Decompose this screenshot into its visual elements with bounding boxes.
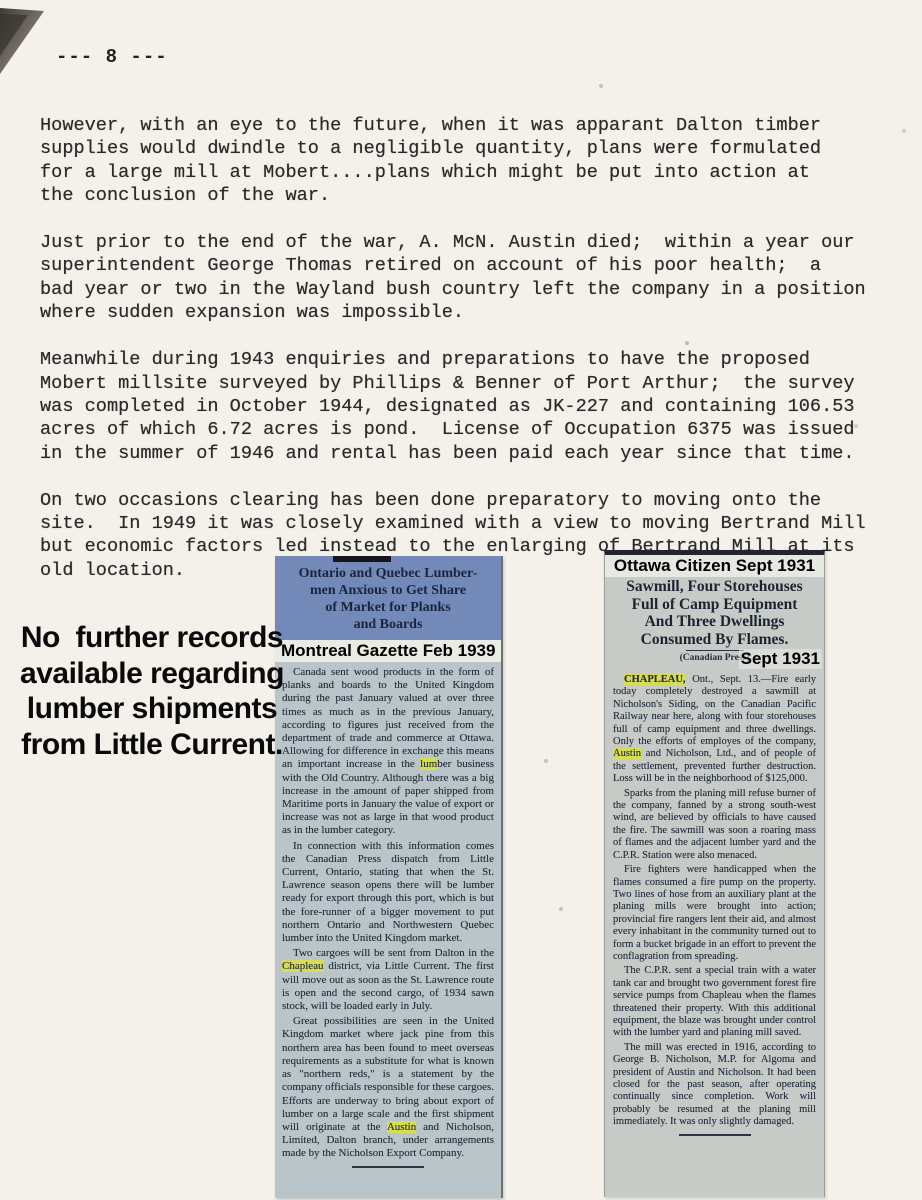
clipping-top-mark (333, 556, 391, 562)
newsprint-paragraph: Two cargoes will be sent from Dalton in … (282, 947, 494, 1013)
handwritten-note: No further records available regarding l… (0, 620, 308, 762)
paragraph-future-mill-plans: However, with an eye to the future, when… (40, 114, 910, 207)
scanned-document-page: --- 8 --- However, with an eye to the fu… (0, 0, 922, 1200)
typewritten-text-block: However, with an eye to the future, when… (40, 114, 910, 606)
left-clipping-body: Canada sent wood products in the form of… (275, 662, 501, 1161)
newsprint-paragraph: Canada sent wood products in the form of… (282, 666, 494, 838)
newsprint-paragraph: CHAPLEAU, Ont., Sept. 13.—Fire early tod… (613, 674, 816, 786)
right-clipping-source-label: Ottawa Citizen Sept 1931 (605, 555, 824, 577)
newsprint-paragraph: The C.P.R. sent a special train with a w… (613, 965, 816, 1039)
right-clipping-date-label: Sept 1931 (739, 649, 822, 669)
newsprint-paragraph: Great possibilities are seen in the Unit… (282, 1015, 494, 1160)
clipping-ottawa-citizen: Ottawa Citizen Sept 1931 Sawmill, Four S… (604, 550, 825, 1197)
scan-specks (0, 0, 2, 2)
highlighted-text: Austin (387, 1121, 416, 1133)
newsprint-paragraph: The mill was erected in 1916, according … (613, 1042, 816, 1129)
right-clipping-body: CHAPLEAU, Ont., Sept. 13.—Fire early tod… (605, 672, 824, 1129)
highlighted-text: lum (420, 758, 437, 770)
right-clipping-headline: Sawmill, Four Storehouses Full of Camp E… (605, 577, 824, 648)
left-clipping-headline: Ontario and Quebec Lumber- men Anxious t… (275, 556, 501, 640)
newsprint-paragraph: In connection with this information come… (282, 840, 494, 946)
paragraph-mobert-survey: Meanwhile during 1943 enquiries and prep… (40, 348, 910, 464)
highlighted-text: CHAPLEAU, (624, 674, 686, 685)
byline-rule (686, 650, 744, 651)
clipping-montreal-gazette: Ontario and Quebec Lumber- men Anxious t… (275, 556, 503, 1198)
newsprint-paragraph: Sparks from the planing mill refuse burn… (613, 788, 816, 862)
left-clipping-end-rule (352, 1166, 424, 1168)
right-clipping-byline-row: (Canadian Press) Sept 1931 (605, 650, 824, 672)
paragraph-end-of-war: Just prior to the end of the war, A. McN… (40, 231, 910, 324)
highlighted-text: Austin (613, 748, 641, 759)
newsprint-paragraph: Fire fighters were handicapped when the … (613, 864, 816, 963)
page-number: --- 8 --- (56, 46, 168, 68)
right-clipping-end-rule (679, 1134, 751, 1136)
highlighted-text: Chapleau (282, 960, 324, 972)
left-clipping-source-label: Montreal Gazette Feb 1939 (275, 640, 501, 662)
